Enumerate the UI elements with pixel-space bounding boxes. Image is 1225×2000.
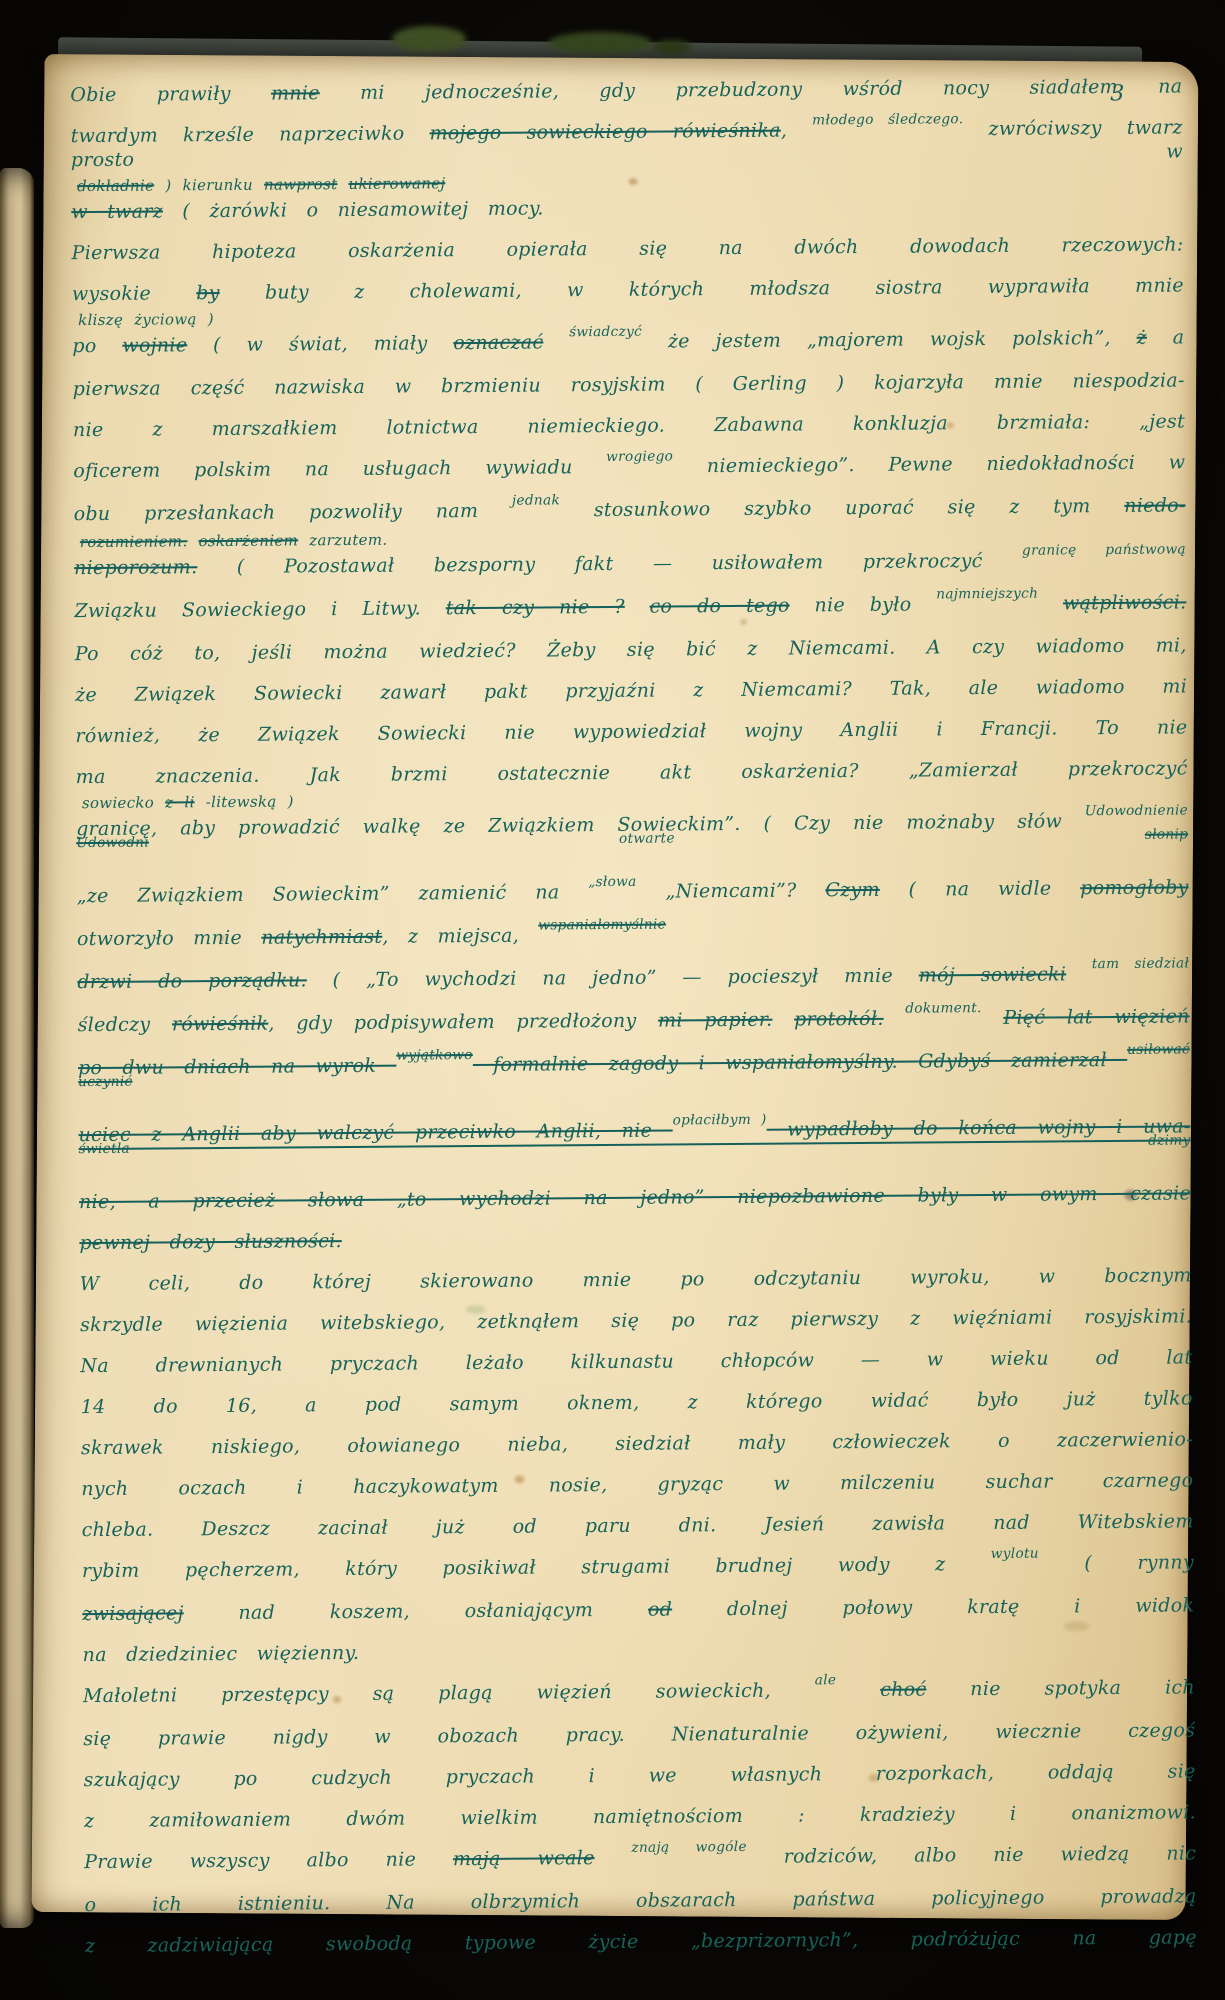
struck-through-text: mój sowiecki <box>919 963 1067 986</box>
handwritten-text: rybim pęcherzem, który posikiwał strugam… <box>82 1553 991 1582</box>
inserted-struck-text: wspaniałomyślnie <box>538 917 666 934</box>
struck-through-text: choć <box>880 1679 926 1701</box>
handwritten-text: z zadziwiającą swobodą typowe życie „bez… <box>85 1926 1197 1957</box>
struck-through-text: rówieśnik <box>172 1013 269 1036</box>
handwritten-text: ma znaczenia. Jak brzmi ostatecznie akt … <box>76 757 1188 788</box>
manuscript-line: skrzydle więzienia witebskiego, zetknąłe… <box>80 1305 1192 1336</box>
manuscript-line: z zadziwiającą swobodą typowe życie „bez… <box>85 1926 1197 1957</box>
handwritten-text: śledczy <box>78 1013 172 1036</box>
handwritten-text: nych oczach i haczykowatym nosie, gryząc… <box>81 1469 1193 1500</box>
cover-texture-tuft <box>392 26 466 52</box>
inserted-text: Udowodnienie <box>1085 803 1188 820</box>
handwritten-text <box>543 331 569 353</box>
handwritten-text <box>884 1008 906 1030</box>
handwritten-text: rodziców, albo nie wiedzą nic <box>747 1842 1197 1868</box>
manuscript-line: W celi, do której skierowano mnie po odc… <box>80 1264 1192 1295</box>
manuscript-line: dokładnie ) kierunku nawprost ukierowane… <box>77 169 1183 194</box>
manuscript-line: nie z marszałkiem lotnictwa niemieckiego… <box>73 410 1185 441</box>
previous-page-edge <box>0 168 34 1928</box>
handwritten-text: zarzutem. <box>298 531 387 550</box>
handwritten-text: niemieckiego”. Pewne niedokładności w <box>673 451 1185 477</box>
inserted-text: ale <box>815 1673 837 1689</box>
handwritten-text: również, że Związek Sowiecki nie wypowie… <box>75 716 1187 747</box>
manuscript-line: na dziedziniec więzienny. <box>83 1635 1195 1666</box>
handwritten-text: ( rynny <box>1039 1551 1194 1574</box>
handwritten-text: z zamiłowaniem dwóm wielkim namiętnościo… <box>84 1801 1196 1832</box>
manuscript-line: pewnej dozy słuszności. <box>79 1223 1191 1254</box>
manuscript-line: obu przesłankach pozwoliły nam jednak st… <box>74 494 1186 527</box>
handwritten-text: Małoletni przestępcy są plagą więzień so… <box>83 1679 815 1707</box>
handwritten-text: na dziedziniec więzienny. <box>83 1642 360 1666</box>
handwritten-text: pierwsza część nazwiska w brzmieniu rosy… <box>73 369 1185 400</box>
cover-texture-tuft <box>548 32 652 54</box>
handwritten-text: ( żarówki o niesamowitej mocy. <box>163 197 544 222</box>
handwritten-text: kliszę życiową ) <box>78 310 214 329</box>
inserted-text: wrogiego <box>606 449 673 466</box>
manuscript-line: że Związek Sowiecki zawarł pakt przyjaźn… <box>75 675 1187 706</box>
struck-through-text: co do tego <box>649 595 789 618</box>
struck-through-text: Czym <box>825 879 880 901</box>
manuscript-line: również, że Związek Sowiecki nie wypowie… <box>75 716 1187 747</box>
inserted-text: „słowa <box>588 874 637 890</box>
cover-texture-tuft <box>652 40 692 54</box>
inserted-text: młodego śledczego. <box>812 112 963 129</box>
struck-through-text: oskarżeniem <box>198 531 298 550</box>
handwritten-text <box>772 1009 794 1031</box>
struck-through-text: mnie <box>271 82 320 104</box>
handwritten-text: nie było <box>790 593 937 616</box>
manuscript-line: oficerem polskim na usługach wywiadu wro… <box>73 451 1185 484</box>
handwritten-text: chleba. Deszcz zacinał już od paru dni. … <box>82 1510 1194 1541</box>
struck-through-text: Gdybyś zamierzał <box>918 1049 1127 1073</box>
handwritten-text: szukający po cudzych pryczach i we własn… <box>84 1760 1196 1791</box>
handwritten-text: twardym krześle naprzeciwko <box>71 122 430 147</box>
manuscript-line: w twarz ( żarówki o niesamowitej mocy. <box>71 192 1183 223</box>
manuscript-line: po wojnie ( w świat, miały oznaczać świa… <box>72 326 1184 359</box>
handwritten-text: -litewską ) <box>195 792 294 811</box>
manuscript-line: wysokie by buty z cholewami, w których m… <box>72 274 1184 305</box>
handwritten-text: oficerem polskim na usługach wywiadu <box>73 456 606 482</box>
handwritten-text: Związku Sowieckiego i Litwy. <box>74 597 446 622</box>
struck-through-text: protokół. <box>794 1008 884 1031</box>
handwritten-text: „ze Związkiem Sowieckim” zamienić na <box>77 881 589 907</box>
inserted-text: znają wogóle <box>631 1839 747 1856</box>
struck-through-text: wojnie <box>122 334 187 357</box>
handwritten-text <box>187 532 198 550</box>
struck-through-text: rozumieniem. <box>80 532 188 551</box>
handwritten-text: nie z marszałkiem lotnictwa niemieckiego… <box>73 410 1185 441</box>
handwritten-text <box>595 1847 632 1869</box>
inserted-text: opłaciłbym ) <box>673 1112 767 1129</box>
struck-through-text: pomogłoby <box>1080 876 1189 899</box>
inserted-text: jednak <box>512 493 560 509</box>
handwritten-text: , <box>781 119 813 141</box>
handwritten-text: Obie prawiły <box>70 83 271 107</box>
manuscript-line: się prawie nigdy w obozach pracy. Nienat… <box>83 1719 1195 1750</box>
handwritten-text: dolnej połowy kratę i widok <box>672 1594 1194 1620</box>
manuscript-line: nie, a przecież słowa „to wychodzi na je… <box>79 1182 1191 1213</box>
handwritten-text: buty z cholewami, w których młodsza sios… <box>220 274 1184 304</box>
struck-through-text: ż <box>1137 327 1147 349</box>
handwritten-text <box>1066 963 1092 985</box>
manuscript-line: Związku Sowieckiego i Litwy. tak czy nie… <box>74 591 1186 624</box>
manuscript-line: Prawie wszyscy albo nie mają wcale znają… <box>84 1842 1196 1875</box>
handwritten-text: ( Pozostawał bezsporny fakt — usiłowałem… <box>197 550 1022 578</box>
manuscript-line: granicę, aby prowadzić walkę ze Związkie… <box>76 809 1188 866</box>
handwritten-text: otworzyło mnie <box>77 927 262 950</box>
struck-through-text: niedo- <box>1124 494 1186 516</box>
manuscript-line: zwisającej nad koszem, osłaniającym od d… <box>82 1594 1194 1625</box>
manuscript-line: o ich istnieniu. Na olbrzymich obszarach… <box>85 1885 1197 1916</box>
manuscript-line: Małoletni przestępcy są plagą więzień so… <box>83 1676 1195 1709</box>
handwritten-text: że jestem „majorem wojsk polskich”, <box>642 327 1137 353</box>
manuscript-line: Po cóż to, jeśli można wiedzieć? Żeby si… <box>75 634 1187 665</box>
handwritten-text: , z miejsca, <box>382 925 538 948</box>
manuscript-line: Obie prawiły mnie mi jednocześnie, gdy p… <box>70 75 1182 106</box>
struck-through-text: Pięć lat więzień <box>1003 1005 1189 1028</box>
manuscript-line: rozumieniem. oskarżeniem zarzutem. <box>80 525 1186 550</box>
handwritten-text: W celi, do której skierowano mnie po odc… <box>80 1264 1192 1295</box>
handwritten-text: o ich istnieniu. Na olbrzymich obszarach… <box>85 1885 1197 1916</box>
manuscript-line: nieporozum. ( Pozostawał bezsporny fakt … <box>74 548 1186 581</box>
struck-through-text: ukierowanej <box>348 174 445 193</box>
manuscript-line: z zamiłowaniem dwóm wielkim namiętnościo… <box>84 1801 1196 1832</box>
handwritten-text: skrawek niskiego, ołowianego nieba, sied… <box>81 1428 1193 1459</box>
struck-through-text: mojego sowieckiego rówieśnika <box>429 120 780 145</box>
manuscript-line: uciec z Anglii aby walczyć przeciwko Ang… <box>78 1115 1190 1172</box>
handwritten-text <box>836 1679 880 1701</box>
photograph-background: { "page": { "number": "3", "ink_color": … <box>0 0 1225 2000</box>
inserted-text: świadczyć <box>569 324 642 341</box>
struck-through-text: w twarz <box>71 200 163 223</box>
manuscript-line: ma znaczenia. Jak brzmi ostatecznie akt … <box>76 757 1188 788</box>
manuscript-line: pierwsza część nazwiska w brzmieniu rosy… <box>73 369 1185 400</box>
manuscript-line: szukający po cudzych pryczach i we własn… <box>84 1760 1196 1791</box>
handwritten-text: 14 do 16, a pod samym oknem, z którego w… <box>81 1387 1193 1418</box>
handwritten-text <box>1038 592 1063 614</box>
handwritten-text: że Związek Sowiecki zawarł pakt przyjaźn… <box>75 675 1187 706</box>
manuscript-line: Na drewnianych pryczach leżało kilkunast… <box>80 1346 1192 1377</box>
handwritten-text <box>982 1007 1004 1029</box>
manuscript-line: sowiecko z li -litewską ) <box>82 786 1188 811</box>
manuscript-text: Obie prawiły mnie mi jednocześnie, gdy p… <box>70 75 1197 1976</box>
handwritten-text: sowiecko <box>82 793 165 812</box>
manuscript-line: twardym krześle naprzeciwko mojego sowie… <box>71 116 1183 171</box>
struck-through-text: pewnej dozy słuszności. <box>79 1230 342 1254</box>
struck-through-text: natychmiast <box>261 926 382 949</box>
handwritten-text: Po cóż to, jeśli można wiedzieć? Żeby si… <box>75 634 1187 665</box>
manuscript-line: po dwu dniach na wyrok wyjątkowo formaln… <box>78 1048 1190 1105</box>
manuscript-line: drzwi do porządku. ( „To wychodzi na jed… <box>77 962 1189 995</box>
handwritten-text: ( na widle <box>880 877 1081 901</box>
inserted-struck-text: słonip <box>1145 827 1189 843</box>
manuscript-line: chleba. Deszcz zacinał już od paru dni. … <box>82 1510 1194 1541</box>
struck-through-text: z li <box>165 793 195 811</box>
struck-through-text: wątpliwości. <box>1063 591 1187 614</box>
struck-through-text: oznaczać <box>453 331 543 354</box>
manuscript-line: skrawek niskiego, ołowianego nieba, sied… <box>81 1428 1193 1459</box>
struck-through-text: tak czy nie ? <box>446 596 625 619</box>
struck-through-text: zwisającej <box>82 1602 184 1625</box>
handwritten-text: a <box>1147 326 1185 348</box>
handwritten-text: mi jednocześnie, gdy przebudzony wśród n… <box>320 75 1183 104</box>
struck-through-text: formalnie zagody i wspaniałomyślny. <box>473 1051 918 1076</box>
struck-through-text: dokładnie <box>77 177 154 196</box>
struck-through-text: nie, a przecież słowa „to wychodzi na je… <box>79 1182 1191 1213</box>
handwritten-text: ) kierunku <box>154 176 264 195</box>
struck-through-text: od <box>648 1598 672 1620</box>
handwritten-text <box>625 596 650 618</box>
handwritten-text: obu przesłankach pozwoliły nam <box>74 500 512 525</box>
handwritten-text: Pierwsza hipoteza oskarżenia opierała si… <box>72 233 1184 264</box>
manuscript-line: 14 do 16, a pod samym oknem, z którego w… <box>81 1387 1193 1418</box>
handwritten-text: nad koszem, osłaniającym <box>184 1599 648 1625</box>
handwritten-text: po <box>72 335 122 357</box>
manuscript-line: otworzyło mnie natychmiast, z miejsca, w… <box>77 919 1189 952</box>
struck-through-text: drzwi do porządku. <box>77 969 307 993</box>
inserted-text: granicę państwową <box>1022 542 1186 559</box>
inserted-text: tam siedział <box>1092 956 1189 973</box>
handwritten-text: się prawie nigdy w obozach pracy. Nienat… <box>83 1719 1195 1750</box>
handwritten-text: stosunkowo szybko uporać się z tym <box>560 495 1124 521</box>
manuscript-line: rybim pęcherzem, który posikiwał strugam… <box>82 1551 1194 1584</box>
inserted-text: wylotu <box>991 1546 1039 1562</box>
handwritten-text: , gdy podpisywałem przedłożony <box>268 1010 658 1035</box>
handwritten-text: nie spotyka ich <box>926 1676 1195 1700</box>
inserted-text: najmniejszych <box>936 586 1038 603</box>
manuscript-line: nych oczach i haczykowatym nosie, gryząc… <box>81 1469 1193 1500</box>
manuscript-line: „ze Związkiem Sowieckim” zamienić na „sł… <box>77 876 1189 909</box>
inserted-struck-text: wyjątkowo <box>396 1047 473 1064</box>
inserted-text: dokument. <box>905 1000 982 1017</box>
struck-through-text: nieporozum. <box>74 556 197 579</box>
struck-through-text: mają wcale <box>453 1847 595 1870</box>
struck-through-text: by <box>196 282 220 304</box>
handwritten-text: wysokie <box>72 282 196 305</box>
handwritten-text: ( „To wychodzi na jedno” — pocieszył mni… <box>307 965 919 992</box>
manuscript-line: śledczy rówieśnik, gdy podpisywałem prze… <box>78 1005 1190 1038</box>
manuscript-page: 3 Obie prawiły mnie mi jednocześnie, gdy… <box>32 54 1199 1920</box>
struck-through-text: nawprost <box>264 175 338 194</box>
handwritten-text: „Niemcami”? <box>637 879 826 902</box>
handwritten-text: Na drewnianych pryczach leżało kilkunast… <box>80 1346 1192 1377</box>
handwritten-text <box>337 175 348 193</box>
struck-through-text: mi papier. <box>658 1009 773 1032</box>
handwritten-text: Prawie wszyscy albo nie <box>84 1848 453 1873</box>
manuscript-line: Pierwsza hipoteza oskarżenia opierała si… <box>72 233 1184 264</box>
inserted-struck-text: Udowodni <box>76 835 149 852</box>
handwritten-text: ( w świat, miały <box>187 332 453 356</box>
handwritten-text: skrzydle więzienia witebskiego, zetknąłe… <box>80 1305 1192 1336</box>
